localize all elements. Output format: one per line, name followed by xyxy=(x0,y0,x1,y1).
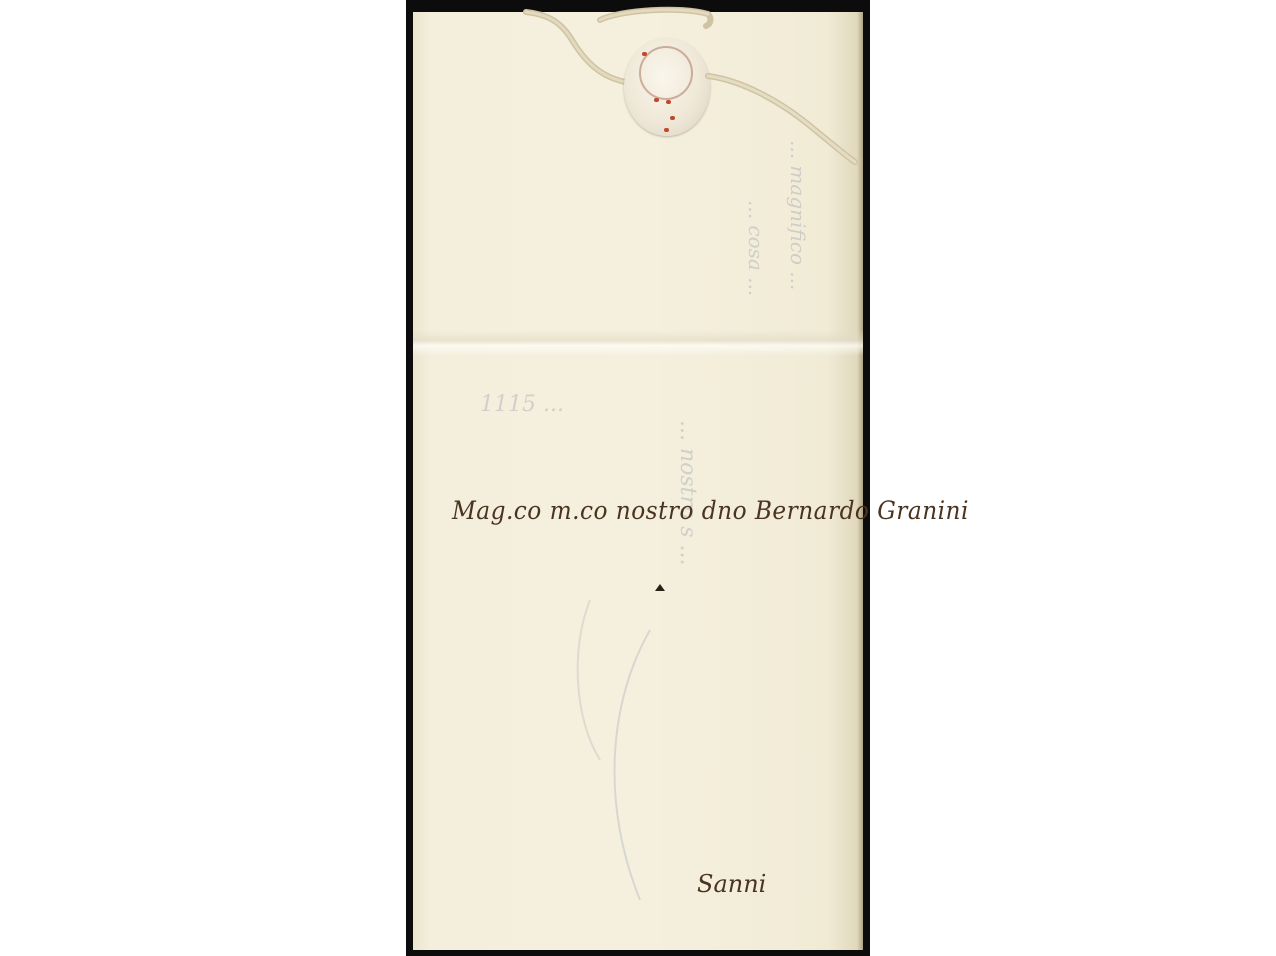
paper-hole xyxy=(654,583,666,593)
paper-edge-shadow xyxy=(857,12,863,950)
wax-red-fleck xyxy=(664,128,669,132)
wax-red-fleck xyxy=(666,100,671,104)
signature: Sanni xyxy=(697,870,766,898)
bleed-through-text: ... nostro s ... xyxy=(675,420,700,566)
address-line: Mag.co m.co nostro dno Bernardo Granini xyxy=(452,496,969,525)
bleed-through-text: 1115 ... xyxy=(480,392,564,417)
horizontal-fold-line xyxy=(413,330,863,356)
bleed-through-text: ... cosa ... xyxy=(744,200,768,296)
wax-red-fleck xyxy=(654,98,659,102)
wax-red-fleck xyxy=(670,116,675,120)
seal-impression-ring xyxy=(639,46,693,100)
bleed-through-text: ... magnifico ... xyxy=(786,140,810,290)
wax-red-fleck xyxy=(642,52,647,56)
wax-seal xyxy=(624,38,710,136)
